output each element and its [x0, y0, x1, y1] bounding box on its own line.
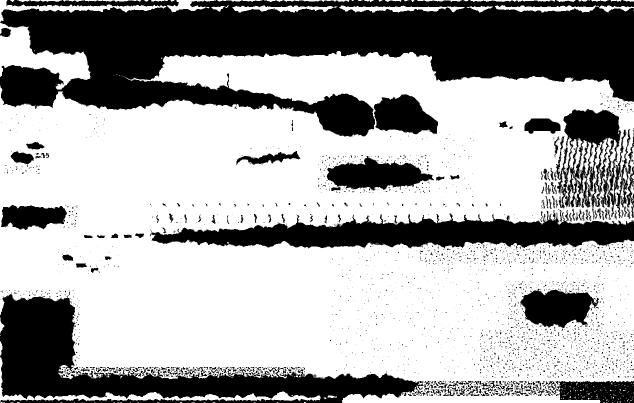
- horizon-twig: [227, 73, 229, 89]
- left-margin-block-upper: [0, 204, 64, 226]
- block-upper-fringe: [58, 204, 78, 228]
- lower-right-speckle: [480, 330, 634, 378]
- lower-field-speckle-strip: [420, 244, 634, 264]
- photo-canvas: [0, 0, 634, 403]
- lower-patch-halo: [508, 281, 604, 333]
- bottom-border-line: [0, 399, 340, 403]
- car-wheel-front: [550, 129, 555, 134]
- band-corner-blob: [600, 393, 634, 403]
- scrub-fringe: [375, 128, 437, 142]
- band-dither-edge: [55, 367, 305, 377]
- road-speck: [498, 121, 506, 126]
- field-tick: [291, 119, 293, 130]
- field-wisps: [438, 130, 474, 200]
- left-horizon-speckle: [0, 112, 60, 134]
- bottom-small-mark: [318, 397, 342, 403]
- dash-fringe: [230, 146, 302, 164]
- scanned-photograph: [0, 0, 634, 403]
- block-lower-top-fringe: [0, 290, 75, 300]
- block-lower-right-fringe: [66, 298, 80, 368]
- sky-left-speck: [0, 28, 9, 36]
- mid-horizon-speckle: [85, 95, 105, 140]
- berm-grass-ticks: [150, 203, 510, 233]
- car-wheel-rear: [528, 129, 533, 134]
- road-speck-2: [508, 125, 512, 128]
- left-margin-block-lower: [0, 296, 73, 378]
- left-field-speckle: [55, 246, 120, 274]
